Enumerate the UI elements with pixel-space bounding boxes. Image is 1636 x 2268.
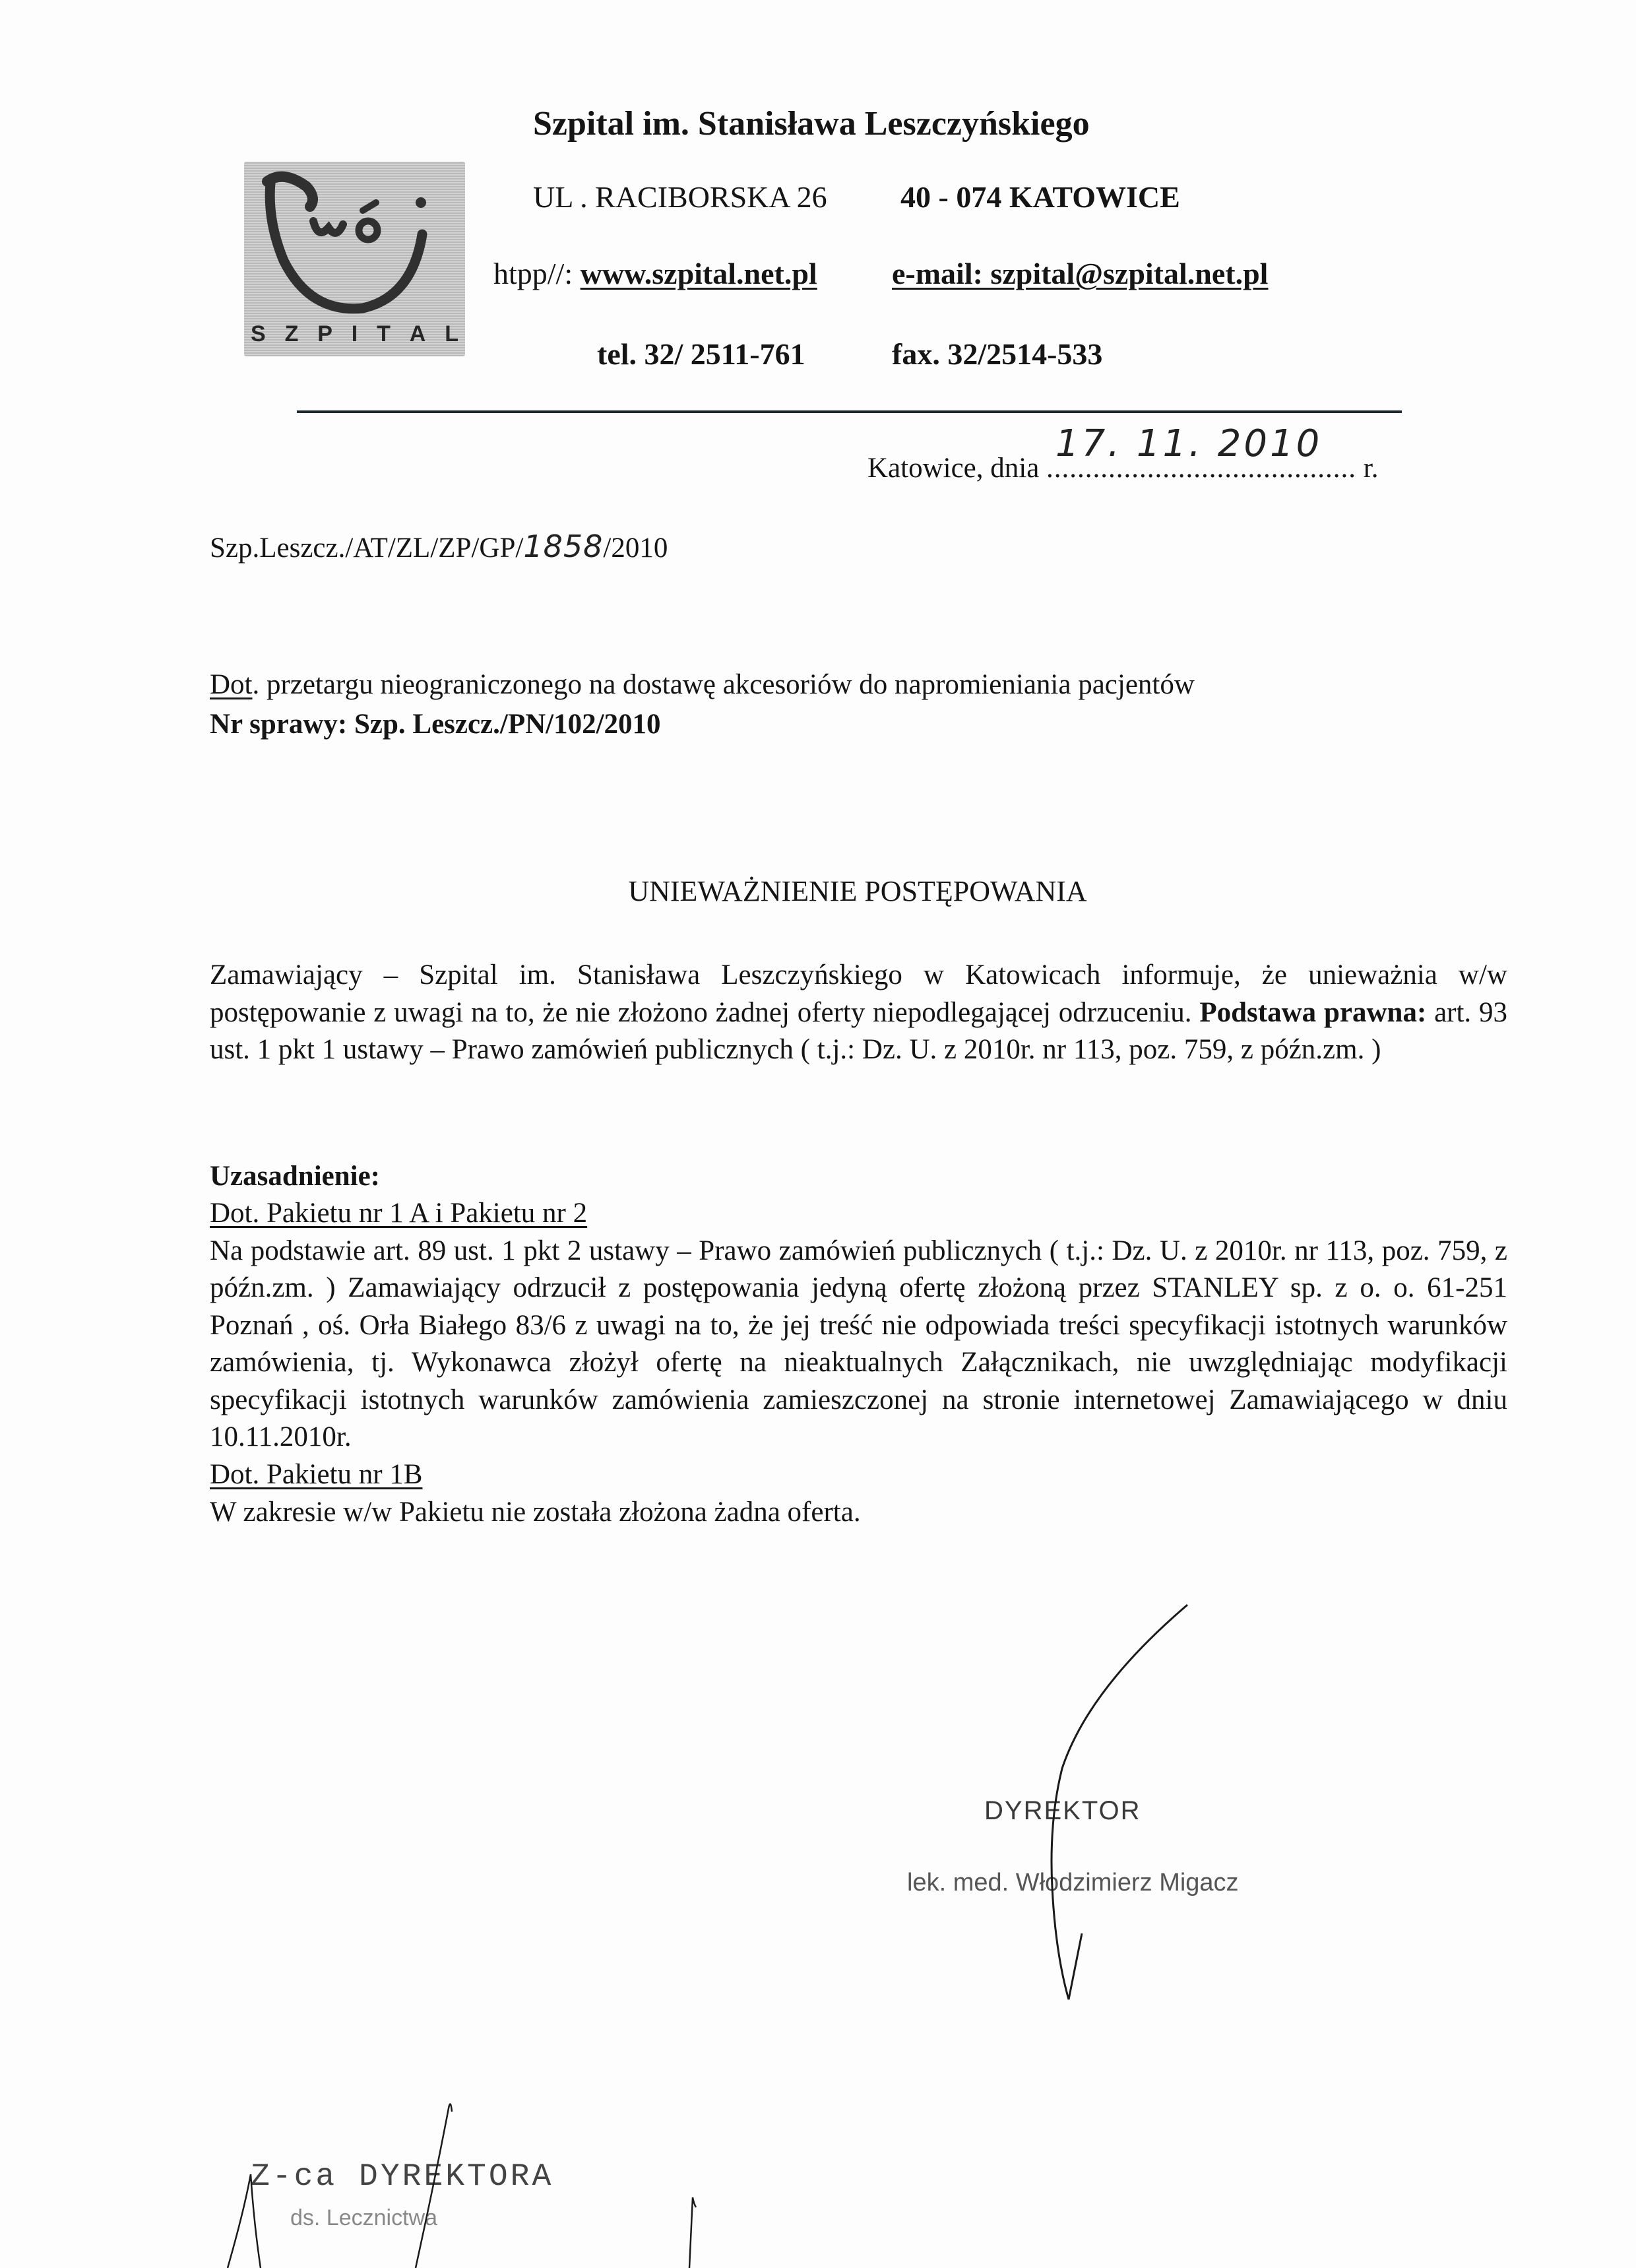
handwritten-reference: 1858 [523,529,603,564]
email-link[interactable]: e-mail: szpital@szpital.net.pl [892,256,1268,291]
website-line: htpp//: www.szpital.net.pl [493,256,817,291]
section-text: Na podstawie art. 89 ust. 1 pkt 2 ustawy… [210,1235,1507,1453]
subject-line: Dot. przetargu nieograniczonego na dosta… [210,666,1195,704]
section-text: W zakresie w/w Pakietu nie została złożo… [210,1497,861,1528]
subject-dot-label: Dot [210,669,253,700]
legal-basis-label: Podstawa prawna: [1199,997,1426,1028]
logo-wordmark: S Z P I T A L [251,321,458,347]
handwritten-date: 17. 11. 2010 [1055,422,1322,465]
case-number: Nr sprawy: Szp. Leszcz./PN/102/2010 [210,706,661,744]
deputy-stamp-title: Z-ca DYREKTORA [251,2159,553,2195]
street-address: UL . RACIBORSKA 26 [533,179,827,214]
justification-section-1: Dot. Pakietu nr 1 A i Pakietu nr 2 Na po… [210,1195,1507,1456]
section-heading: Dot. Pakietu nr 1 A i Pakietu nr 2 [210,1195,587,1233]
date-suffix: r. [1364,453,1379,484]
director-stamp-title: DYREKTOR [984,1796,1141,1826]
reference-suffix: /2010 [603,533,668,564]
postcode-city: 40 - 074 KATOWICE [900,179,1180,214]
website-prefix: htpp//: [493,257,581,290]
twoj-szpital-logo-icon [244,162,465,320]
institution-name: Szpital im. Stanisława Leszczyńskiego [533,104,1090,143]
deputy-stamp-subtitle: ds. Lecznictwa [290,2205,437,2231]
website-link[interactable]: www.szpital.net.pl [581,257,817,290]
section-heading: Dot. Pakietu nr 1B [210,1456,422,1494]
reference-prefix: Szp.Leszcz./AT/ZL/ZP/GP/ [210,533,523,564]
fax-number: fax. 32/2514-533 [892,337,1102,372]
document-title: UNIEWAŻNIENIE POSTĘPOWANIA [0,874,1636,908]
subject-text: . przetargu nieograniczonego na dostawę … [253,669,1195,700]
justification-section-2: Dot. Pakietu nr 1B W zakresie w/w Pakiet… [210,1456,1507,1531]
justification-label: Uzasadnienie: [210,1158,380,1196]
hospital-logo: S Z P I T A L [244,162,465,356]
letterhead-divider [297,410,1402,413]
phone-number: tel. 32/ 2511-761 [597,337,805,372]
place-date-label: Katowice, dnia [867,453,1039,484]
reference-number: Szp.Leszcz./AT/ZL/ZP/GP/1858/2010 [210,528,668,567]
director-stamp-name: lek. med. Włodzimierz Migacz [907,1869,1239,1897]
intro-paragraph: Zamawiający – Szpital im. Stanisława Les… [210,957,1507,1069]
